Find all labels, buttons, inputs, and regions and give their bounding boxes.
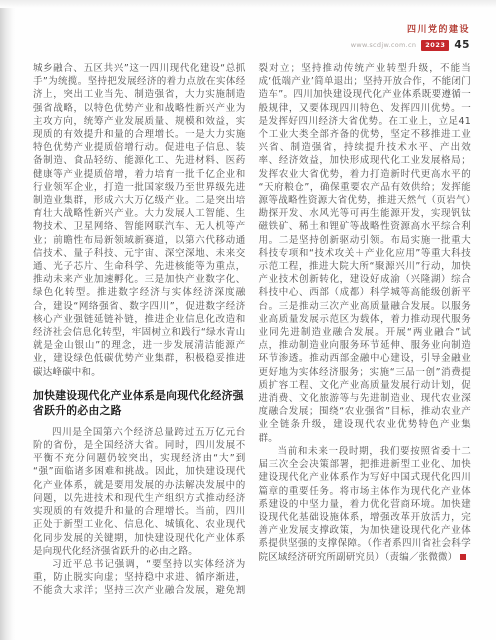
page-number: 45 <box>454 38 470 52</box>
paragraph-continuation: 城乡融合、五区共兴”这一四川现代化建设“总抓手”为统揽。坚持把发展经济的着力点放… <box>33 62 246 379</box>
section-heading: 加快建设现代化产业体系是向现代化经济强省跃升的必由之路 <box>33 388 246 419</box>
website-url: www.scdjw.com.cn <box>351 41 417 50</box>
end-mark-icon <box>460 554 466 560</box>
page-top-shadow <box>0 0 496 8</box>
year-badge: 2023 <box>421 40 449 51</box>
paragraph-last: 当前和未来一段时期，我们要按照省委十二届三次全会决策部署，把推进新型工业化、加快… <box>259 445 472 564</box>
page-edge-shadow <box>0 0 16 640</box>
page-header: 四川党的建设 www.scdjw.com.cn 2023 45 <box>351 24 470 52</box>
publication-title: 四川党的建设 <box>351 24 470 36</box>
paragraph: 四川是全国第六个经济总量跨过五万亿元台阶的省份，是全国经济大省。同时，四川发展不… <box>33 426 246 558</box>
magazine-page-body: { "header": { "publication": "四川党的建设", "… <box>0 0 496 640</box>
magazine-page: 四川党的建设 www.scdjw.com.cn 2023 45 城乡融合、五区共… <box>0 0 496 640</box>
article-columns: 城乡融合、五区共兴”这一四川现代化建设“总抓手”为统揽。坚持把发展经济的着力点放… <box>33 62 471 610</box>
header-meta-row: www.scdjw.com.cn 2023 45 <box>351 38 470 52</box>
paragraph-text: 当前和未来一段时期，我们要按照省委十二届三次全会决策部署，把推进新型工业化、加快… <box>259 446 472 563</box>
